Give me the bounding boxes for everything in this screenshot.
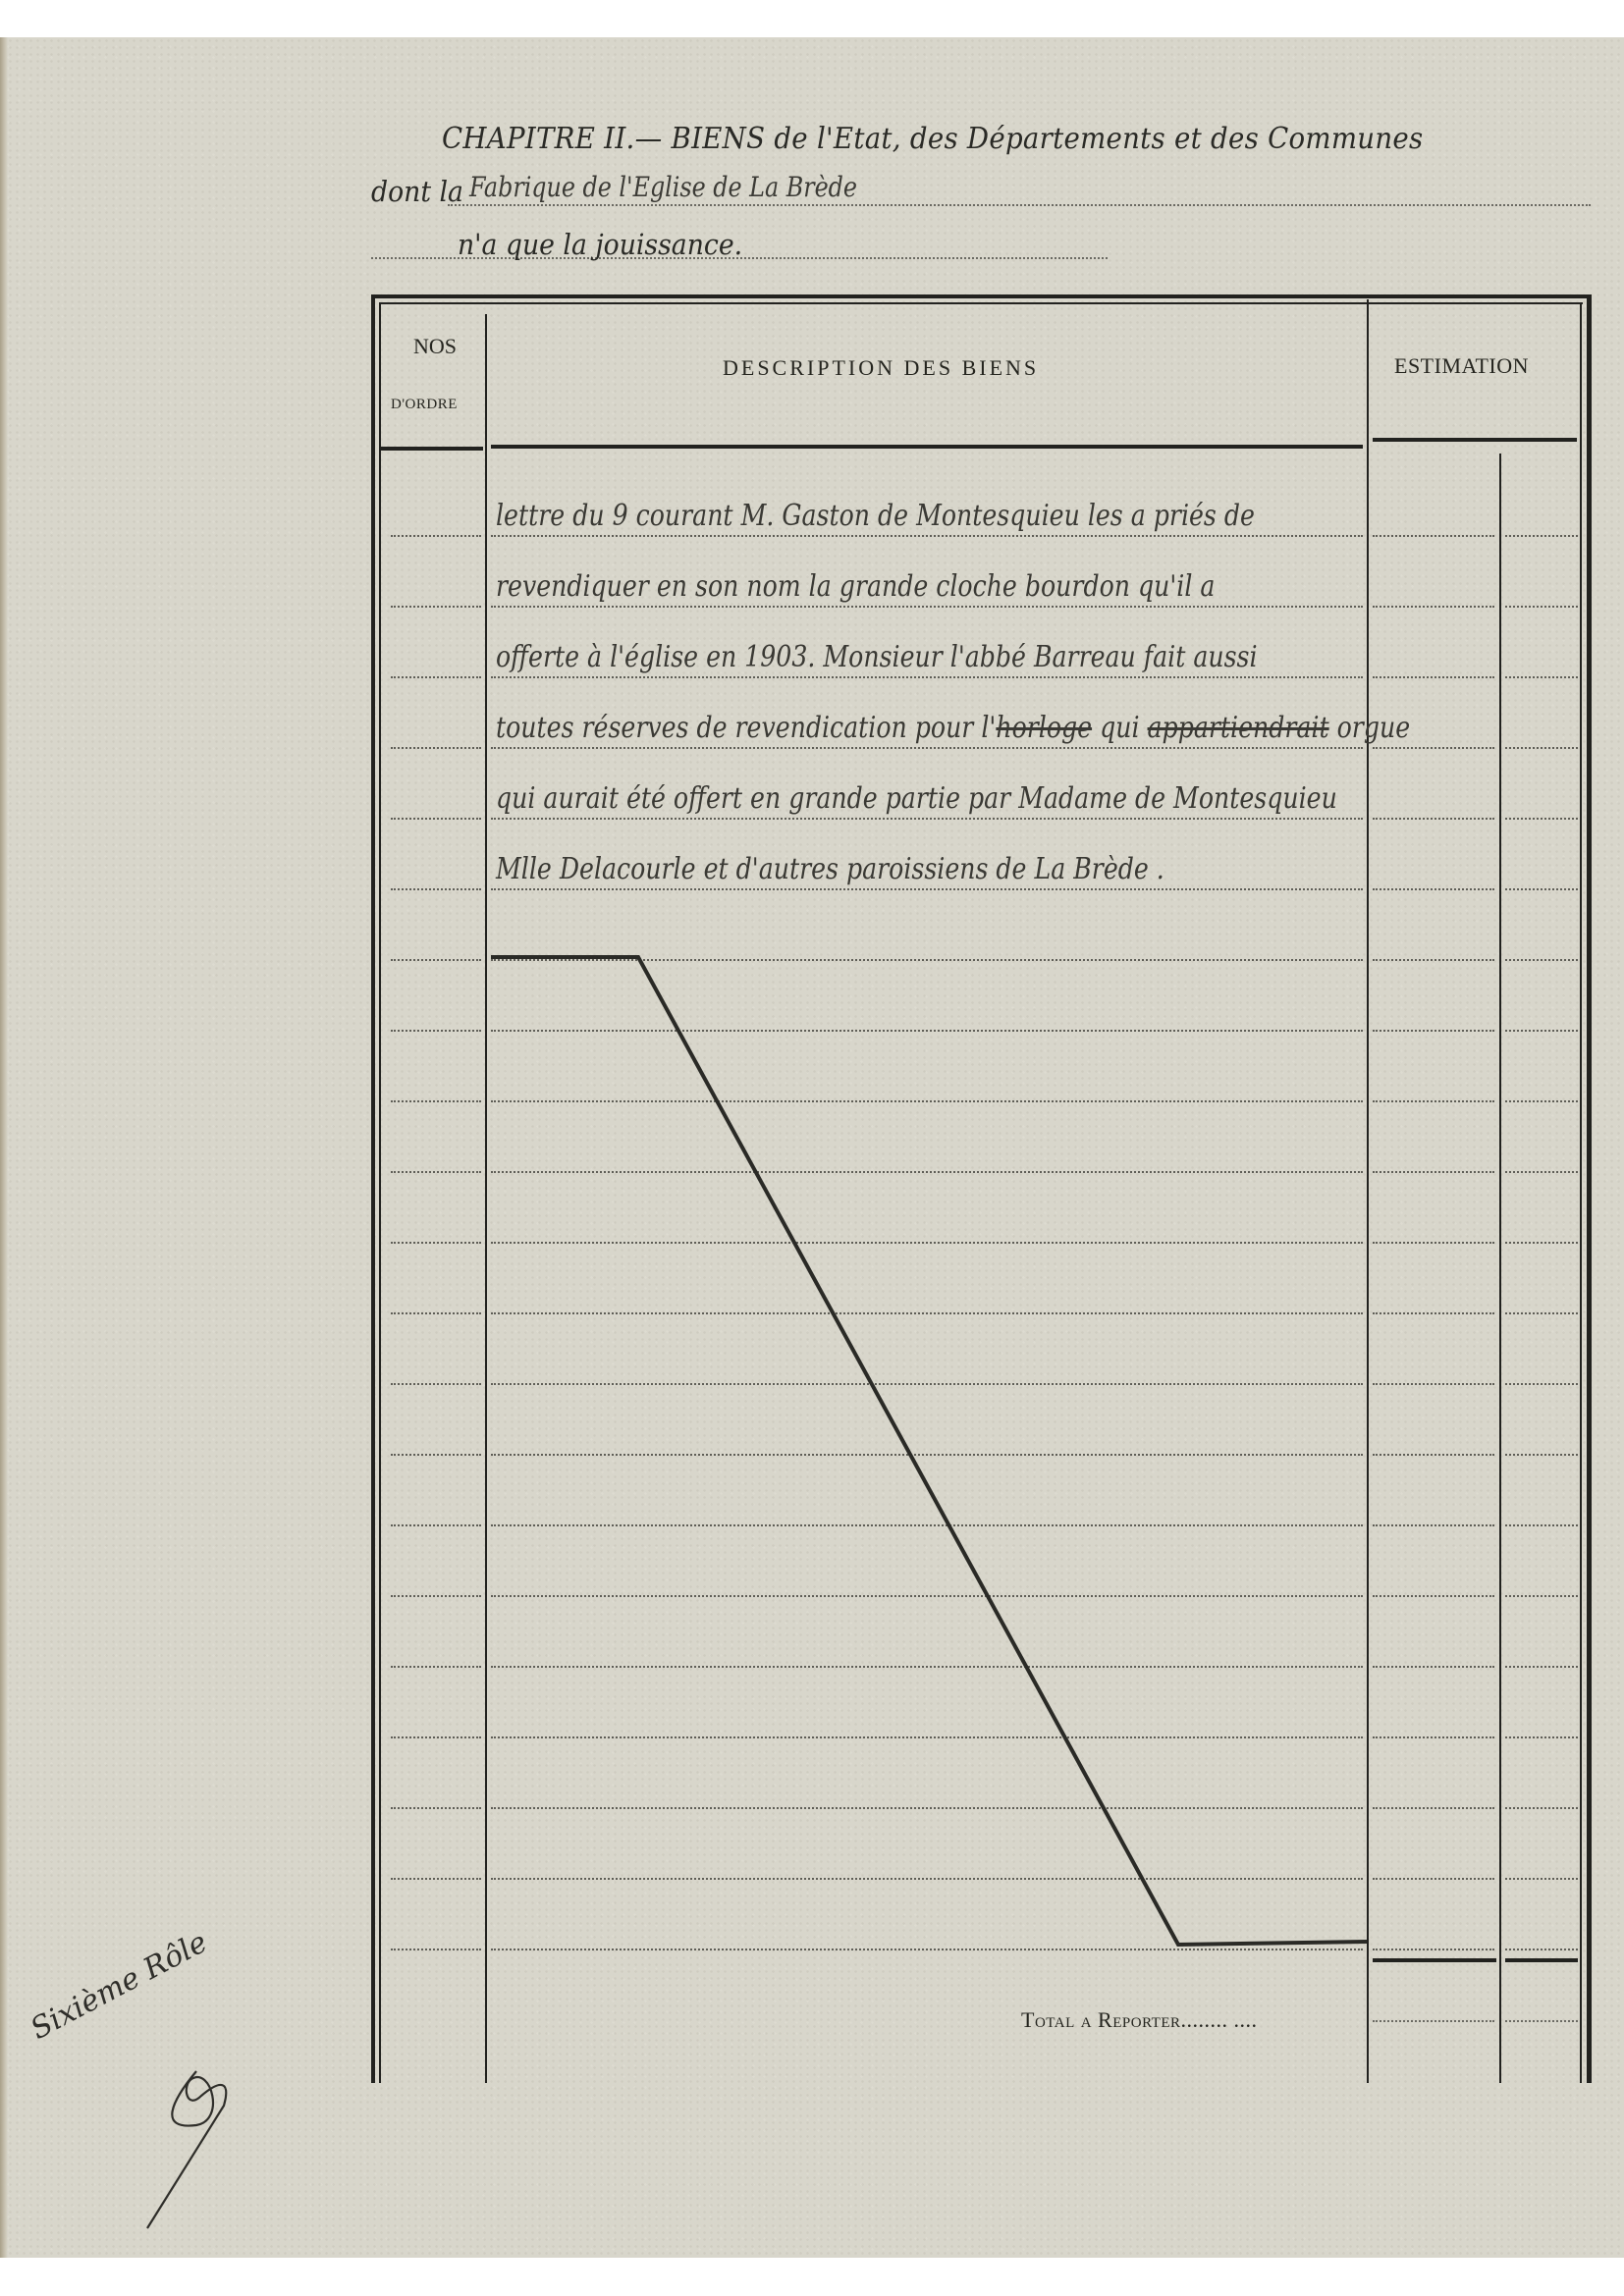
total-a-reporter: Total a Reporter........ .... (1021, 2007, 1258, 2033)
total-estimation-dots (1373, 2020, 1494, 2022)
margin-signature-icon (147, 2071, 226, 2228)
cancellation-stroke (0, 0, 1624, 2296)
total-cents-dots (1505, 2020, 1578, 2022)
